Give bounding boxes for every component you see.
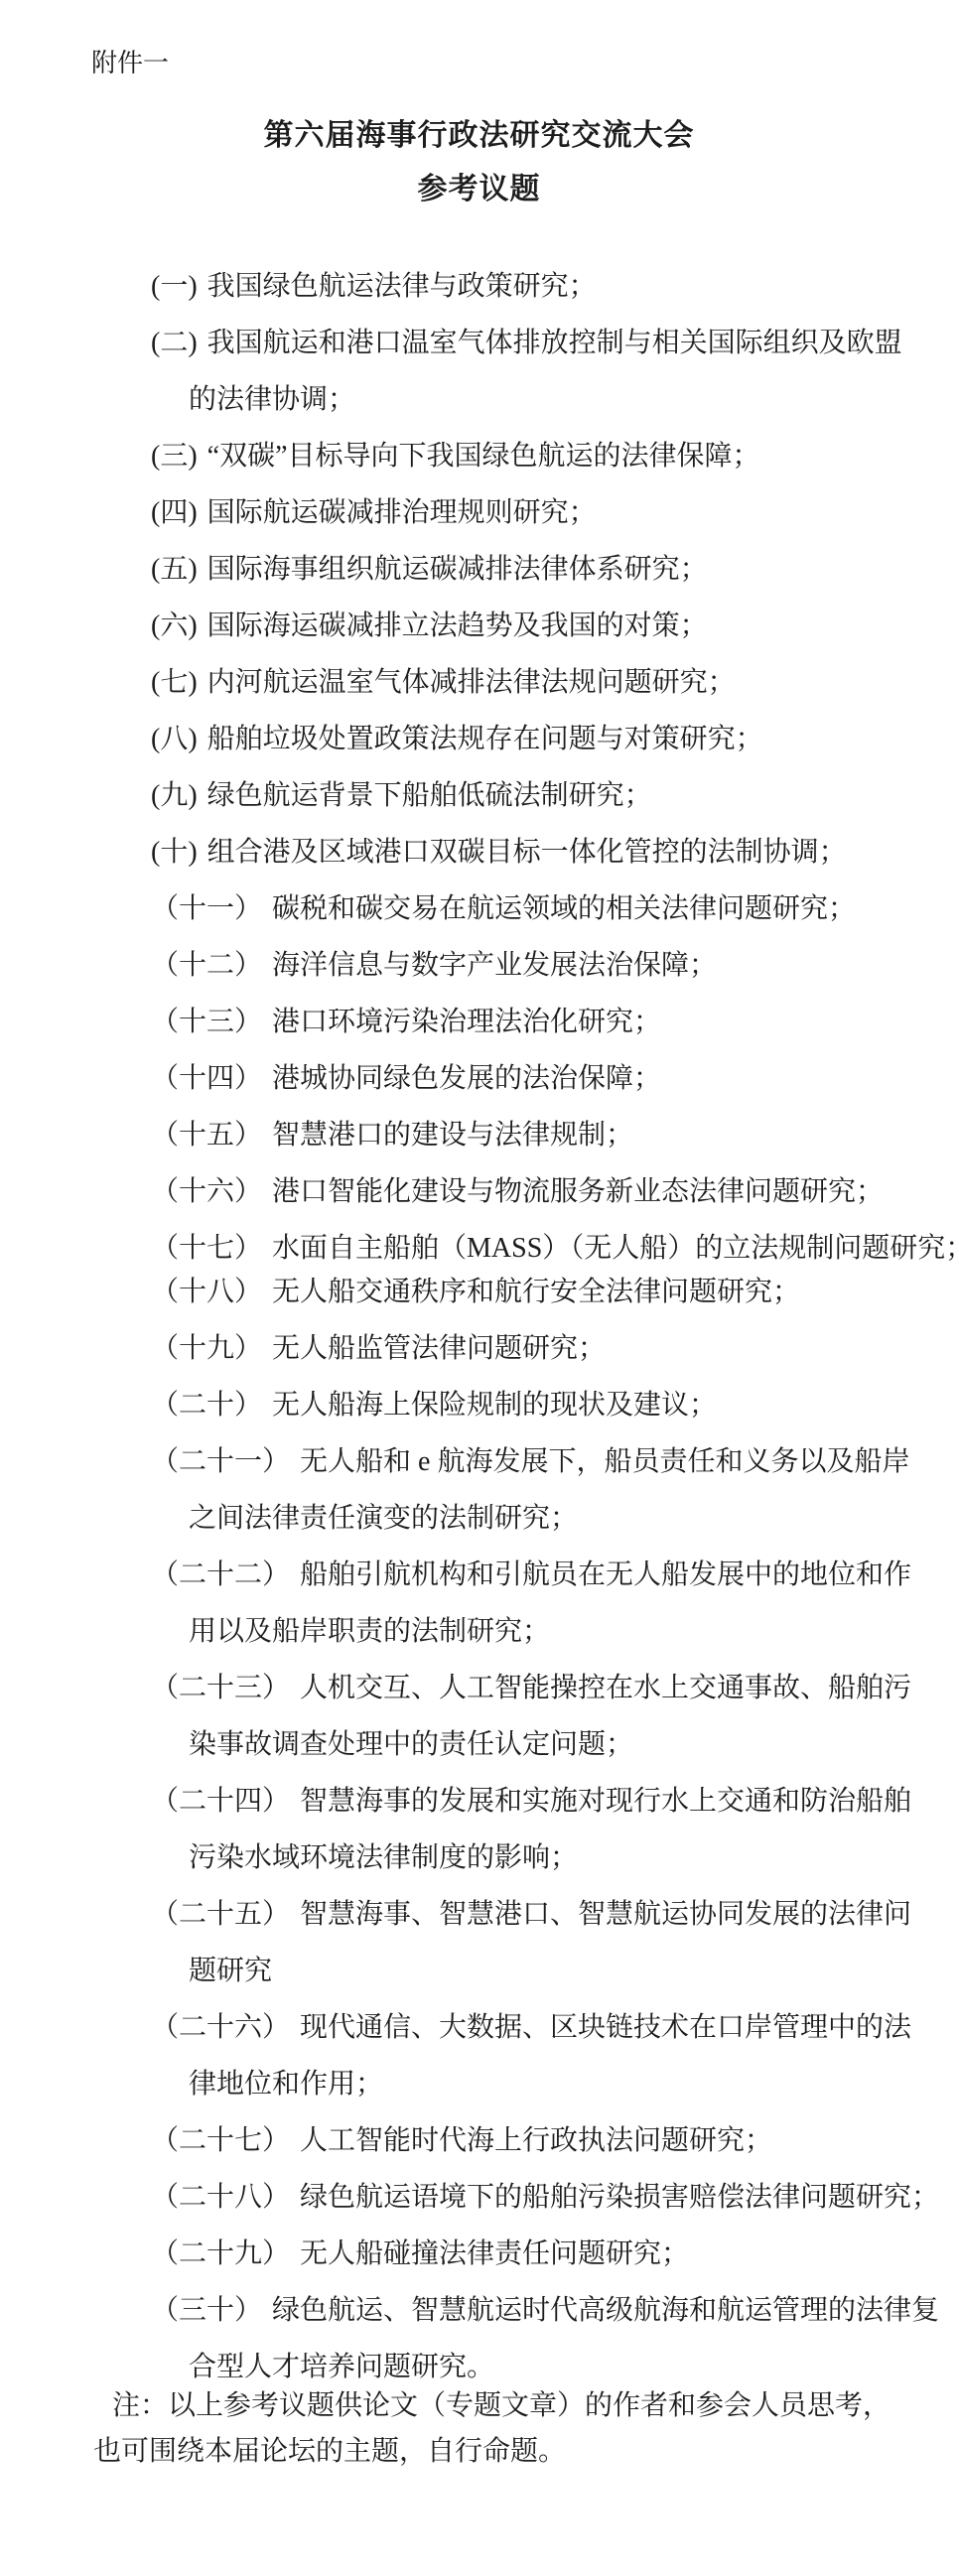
- topic-number: （二十四）: [151, 1786, 290, 1817]
- note-line: 也可围绕本届论坛的主题，自行命题。: [93, 2429, 864, 2475]
- topic-first-line: (二)我国航运和港口温室气体排放控制与相关国际组织及欧盟: [151, 315, 959, 371]
- topic-first-line: （二十七）人工智能时代海上行政执法问题研究；: [151, 2112, 959, 2169]
- topic-first-line: （二十四）智慧海事的发展和实施对现行水上交通和防治船舶: [151, 1773, 959, 1830]
- topic-text: 船舶引航机构和引航员在无人船发展中的地位和作: [300, 1559, 911, 1590]
- topic-continuation-text: 题研究: [189, 1943, 959, 1999]
- topic-first-line: (十)组合港及区域港口双碳目标一体化管控的法制协调；: [151, 824, 959, 881]
- topic-first-line: （十九）无人船监管法律问题研究；: [151, 1320, 959, 1377]
- topic-item: （十二）海洋信息与数字产业发展法治保障；: [189, 937, 959, 994]
- topic-text: 国际海运碳减排立法趋势及我国的对策；: [207, 610, 708, 641]
- topic-number: （二十六）: [151, 2012, 290, 2043]
- topic-text: 无人船海上保险规制的现状及建议；: [272, 1390, 717, 1421]
- topic-first-line: （十一）碳税和碳交易在航运领域的相关法律问题研究；: [151, 881, 959, 937]
- topic-number: （二十一）: [151, 1446, 290, 1477]
- topic-item: （十一）碳税和碳交易在航运领域的相关法律问题研究；: [189, 881, 959, 937]
- topic-item: （十六）港口智能化建设与物流服务新业态法律问题研究；: [189, 1163, 959, 1220]
- topic-item: （二十二）船舶引航机构和引航员在无人船发展中的地位和作用以及船岸职责的法制研究；: [189, 1547, 959, 1660]
- topic-number: (八): [151, 724, 198, 754]
- topic-first-line: （二十）无人船海上保险规制的现状及建议；: [151, 1377, 959, 1433]
- topic-number: （十九）: [151, 1333, 262, 1364]
- topic-number: （二十九）: [151, 2238, 290, 2269]
- topic-number: (四): [151, 497, 198, 528]
- topic-first-line: （二十三）人机交互、人工智能操控在水上交通事故、船舶污: [151, 1660, 959, 1716]
- topic-number: （十八）: [151, 1277, 262, 1307]
- topic-text: “双碳”目标导向下我国绿色航运的法律保障；: [207, 441, 760, 472]
- topic-item: （十九）无人船监管法律问题研究；: [189, 1320, 959, 1377]
- document-title: 第六届海事行政法研究交流大会: [94, 109, 864, 163]
- topic-first-line: （二十五）智慧海事、智慧港口、智慧航运协同发展的法律问: [151, 1886, 959, 1943]
- topic-text: 我国航运和港口温室气体排放控制与相关国际组织及欧盟: [207, 328, 902, 358]
- topic-item: （二十六）现代通信、大数据、区块链技术在口岸管理中的法律地位和作用；: [189, 1999, 959, 2112]
- topic-number: (一): [151, 271, 198, 302]
- topic-number: （三十）: [151, 2295, 262, 2326]
- topic-number: （二十八）: [151, 2182, 290, 2213]
- note-paragraph: 注：以上参考议题供论文（专题文章）的作者和参会人员思考， 也可围绕本届论坛的主题…: [93, 2383, 864, 2475]
- topic-first-line: (七)内河航运温室气体减排法律法规问题研究；: [151, 654, 959, 711]
- topic-item: （二十三）人机交互、人工智能操控在水上交通事故、船舶污染事故调查处理中的责任认定…: [189, 1660, 959, 1773]
- topics-list: (一)我国绿色航运法律与政策研究；(二)我国航运和港口温室气体排放控制与相关国际…: [0, 258, 959, 2395]
- topic-text: 无人船碰撞法律责任问题研究；: [300, 2238, 689, 2269]
- topic-item: (六)国际海运碳减排立法趋势及我国的对策；: [189, 598, 959, 654]
- topic-text: 港口智能化建设与物流服务新业态法律问题研究；: [272, 1176, 884, 1207]
- topic-item: (七)内河航运温室气体减排法律法规问题研究；: [189, 654, 959, 711]
- topic-number: （十七）: [151, 1233, 262, 1264]
- topic-first-line: （十四）港城协同绿色发展的法治保障；: [151, 1050, 959, 1107]
- topic-item: (二)我国航运和港口温室气体排放控制与相关国际组织及欧盟的法律协调；: [189, 315, 959, 428]
- topic-continuation-text: 污染水域环境法律制度的影响；: [189, 1830, 959, 1886]
- topic-text: 智慧港口的建设与法律规制；: [272, 1120, 633, 1151]
- topic-first-line: (八)船舶垃圾处置政策法规存在问题与对策研究；: [151, 711, 959, 767]
- topic-item: （十五）智慧港口的建设与法律规制；: [189, 1107, 959, 1163]
- topic-continuation-text: 用以及船岸职责的法制研究；: [189, 1603, 959, 1660]
- topic-text: 国际航运碳减排治理规则研究；: [207, 497, 597, 528]
- topic-text: 国际海事组织航运碳减排法律体系研究；: [207, 554, 708, 585]
- topic-first-line: （十六）港口智能化建设与物流服务新业态法律问题研究；: [151, 1163, 959, 1220]
- document-subtitle: 参考议题: [94, 163, 864, 216]
- topic-item: （二十一）无人船和 e 航海发展下，船员责任和义务以及船岸之间法律责任演变的法制…: [189, 1433, 959, 1547]
- topic-continuation-text: 染事故调查处理中的责任认定问题；: [189, 1716, 959, 1773]
- topic-first-line: （二十九）无人船碰撞法律责任问题研究；: [151, 2226, 959, 2282]
- topic-first-line: (五)国际海事组织航运碳减排法律体系研究；: [151, 541, 959, 598]
- topic-item: （二十九）无人船碰撞法律责任问题研究；: [189, 2226, 959, 2282]
- topic-item: （十三）港口环境污染治理法治化研究；: [189, 994, 959, 1050]
- topic-text: 现代通信、大数据、区块链技术在口岸管理中的法: [300, 2012, 911, 2043]
- topic-first-line: （十二）海洋信息与数字产业发展法治保障；: [151, 937, 959, 994]
- topic-continuation-text: 之间法律责任演变的法制研究；: [189, 1490, 959, 1547]
- topic-first-line: （二十六）现代通信、大数据、区块链技术在口岸管理中的法: [151, 1999, 959, 2056]
- topic-continuation-text: 律地位和作用；: [189, 2056, 959, 2112]
- topic-first-line: （二十二）船舶引航机构和引航员在无人船发展中的地位和作: [151, 1547, 959, 1603]
- topic-item: （二十四）智慧海事的发展和实施对现行水上交通和防治船舶污染水域环境法律制度的影响…: [189, 1773, 959, 1886]
- topic-first-line: (一)我国绿色航运法律与政策研究；: [151, 258, 959, 315]
- topic-continuation-text: 的法律协调；: [189, 371, 959, 428]
- topic-item: （二十）无人船海上保险规制的现状及建议；: [189, 1377, 959, 1433]
- topic-number: (七): [151, 667, 198, 698]
- topic-item: （三十）绿色航运、智慧航运时代高级航海和航运管理的法律复合型人才培养问题研究。: [189, 2282, 959, 2395]
- topic-number: （二十七）: [151, 2125, 290, 2156]
- topic-item: (九)绿色航运背景下船舶低硫法制研究；: [189, 767, 959, 824]
- topic-number: (九): [151, 780, 198, 811]
- topic-text: 人工智能时代海上行政执法问题研究；: [300, 2125, 772, 2156]
- topic-text: 海洋信息与数字产业发展法治保障；: [272, 950, 717, 981]
- topic-text: 绿色航运语境下的船舶污染损害赔偿法律问题研究；: [300, 2182, 939, 2213]
- topic-first-line: （十三）港口环境污染治理法治化研究；: [151, 994, 959, 1050]
- topic-item: （二十七）人工智能时代海上行政执法问题研究；: [189, 2112, 959, 2169]
- topic-number: (二): [151, 328, 198, 358]
- topic-number: (六): [151, 610, 198, 641]
- attachment-label: 附件一: [0, 0, 959, 83]
- topic-first-line: (三)“双碳”目标导向下我国绿色航运的法律保障；: [151, 428, 959, 484]
- topic-number: （十三）: [151, 1007, 262, 1037]
- topic-first-line: （三十）绿色航运、智慧航运时代高级航海和航运管理的法律复: [151, 2282, 959, 2339]
- topic-text: 碳税和碳交易在航运领域的相关法律问题研究；: [272, 893, 856, 924]
- topic-text: 智慧海事、智慧港口、智慧航运协同发展的法律问: [300, 1899, 911, 1930]
- topic-number: (三): [151, 441, 198, 472]
- topic-number: （二十三）: [151, 1673, 290, 1703]
- topic-text: 港口环境污染治理法治化研究；: [272, 1007, 661, 1037]
- topic-text: 水面自主船舶（MASS）（无人船）的立法规制问题研究；: [272, 1233, 959, 1264]
- topic-first-line: （二十一）无人船和 e 航海发展下，船员责任和义务以及船岸: [151, 1433, 959, 1490]
- topic-text: 港城协同绿色发展的法治保障；: [272, 1063, 661, 1094]
- topic-first-line: (六)国际海运碳减排立法趋势及我国的对策；: [151, 598, 959, 654]
- topic-number: （二十）: [151, 1390, 262, 1421]
- topic-number: (五): [151, 554, 198, 585]
- topic-number: （十五）: [151, 1120, 262, 1151]
- topic-text: 船舶垃圾处置政策法规存在问题与对策研究；: [207, 724, 763, 754]
- topic-first-line: (九)绿色航运背景下船舶低硫法制研究；: [151, 767, 959, 824]
- topic-number: (十): [151, 837, 198, 868]
- topic-text: 人机交互、人工智能操控在水上交通事故、船舶污: [300, 1673, 911, 1703]
- topic-number: （十六）: [151, 1176, 262, 1207]
- topic-item: （二十五）智慧海事、智慧港口、智慧航运协同发展的法律问题研究: [189, 1886, 959, 1999]
- topic-text: 智慧海事的发展和实施对现行水上交通和防治船舶: [300, 1786, 911, 1817]
- topic-number: （二十二）: [151, 1559, 290, 1590]
- topic-item: (十)组合港及区域港口双碳目标一体化管控的法制协调；: [189, 824, 959, 881]
- topic-text: 无人船交通秩序和航行安全法律问题研究；: [272, 1277, 800, 1307]
- topic-text: 绿色航运背景下船舶低硫法制研究；: [207, 780, 652, 811]
- topic-text: 无人船监管法律问题研究；: [272, 1333, 606, 1364]
- topic-first-line: (四)国际航运碳减排治理规则研究；: [151, 484, 959, 541]
- topic-item: (三)“双碳”目标导向下我国绿色航运的法律保障；: [189, 428, 959, 484]
- topic-first-line: （十五）智慧港口的建设与法律规制；: [151, 1107, 959, 1163]
- topic-item: (八)船舶垃圾处置政策法规存在问题与对策研究；: [189, 711, 959, 767]
- topic-item: (一)我国绿色航运法律与政策研究；: [189, 258, 959, 315]
- topic-text: 无人船和 e 航海发展下，船员责任和义务以及船岸: [300, 1446, 909, 1477]
- topic-item: (四)国际航运碳减排治理规则研究；: [189, 484, 959, 541]
- topic-number: （十一）: [151, 893, 262, 924]
- topic-text: 内河航运温室气体减排法律法规问题研究；: [207, 667, 736, 698]
- topic-first-line: （二十八）绿色航运语境下的船舶污染损害赔偿法律问题研究；: [151, 2169, 959, 2226]
- topic-item: （二十八）绿色航运语境下的船舶污染损害赔偿法律问题研究；: [189, 2169, 959, 2226]
- topic-number: （十二）: [151, 950, 262, 981]
- topic-item: （十四）港城协同绿色发展的法治保障；: [189, 1050, 959, 1107]
- topic-text: 我国绿色航运法律与政策研究；: [207, 271, 597, 302]
- topic-text: 绿色航运、智慧航运时代高级航海和航运管理的法律复: [272, 2295, 939, 2326]
- topic-number: （十四）: [151, 1063, 262, 1094]
- topic-number: （二十五）: [151, 1899, 290, 1930]
- topic-item: (五)国际海事组织航运碳减排法律体系研究；: [189, 541, 959, 598]
- topic-text: 组合港及区域港口双碳目标一体化管控的法制协调；: [207, 837, 847, 868]
- note-line: 注：以上参考议题供论文（专题文章）的作者和参会人员思考，: [56, 2383, 864, 2429]
